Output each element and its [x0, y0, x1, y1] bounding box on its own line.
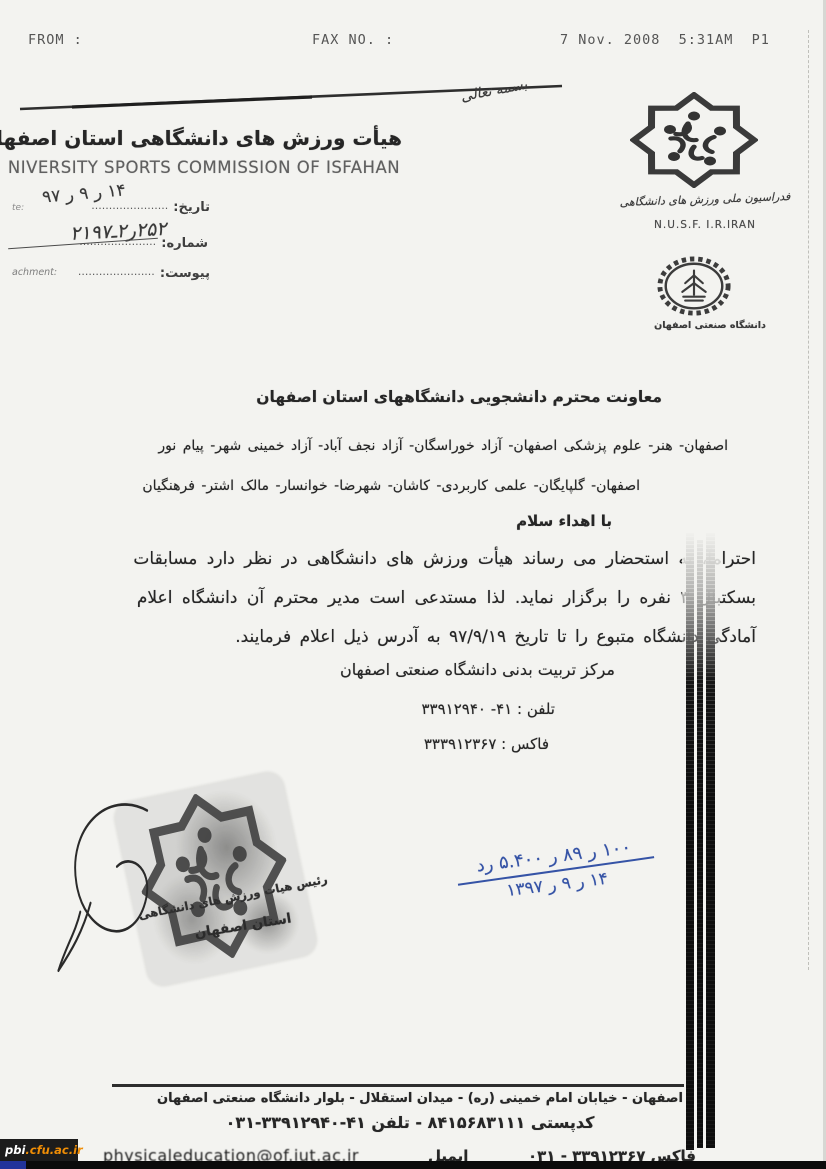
- bottom-scan-bar: [0, 1161, 826, 1169]
- attachment-label: پیوست:: [160, 266, 210, 281]
- watermark-suffix: .cfu.ac.ir: [25, 1143, 82, 1157]
- venue-line: مرکز تربیت بدنی دانشگاه صنعتی اصفهان: [340, 660, 615, 679]
- date-label-english-partial: te:: [12, 203, 24, 213]
- recipient-line: معاونت محترم دانشجویی دانشگاههای استان ا…: [256, 388, 662, 406]
- footer-email-label-partial: ایمیل: [428, 1147, 468, 1162]
- signature-icon: [52, 798, 187, 976]
- phone-line: تلفن : ۴۱- ۳۳۹۱۲۹۴۰: [421, 700, 555, 718]
- universities-list-line1: اصفهان- هنر- علوم پزشکی اصفهان- آزاد خور…: [158, 438, 728, 454]
- org-title-english: NIVERSITY SPORTS COMMISSION OF ISFAHAN: [2, 158, 406, 177]
- salutation-line: با اهداء سلام: [516, 512, 612, 530]
- scan-stripe-fade: [682, 531, 720, 681]
- fax-from-label: FROM :: [28, 32, 83, 48]
- university-name-persian: دانشگاه صنعتی اصفهان: [632, 320, 788, 331]
- footer-email: physicaleducation@of.iut.ac.ir: [103, 1146, 359, 1162]
- number-label: شماره:: [161, 236, 208, 251]
- bottom-scan-bar-blue-segment: [0, 1161, 26, 1169]
- org-title-persian: هیأت ورزش های دانشگاهی استان اصفهان: [30, 126, 402, 150]
- attachment-label-english-partial: achment:: [12, 267, 57, 278]
- paragraph-line-1: احتراماً، به استحضار می رساند هیأت ورزش …: [133, 549, 756, 569]
- watermark-badge: pbi .cfu.ac.ir: [0, 1139, 78, 1161]
- fax-number-label: FAX NO. :: [312, 32, 394, 48]
- scanned-fax-letter: FROM : FAX NO. : 7 Nov. 2008 5:31AM P1 ب…: [0, 0, 826, 1169]
- footer-fax-partial: فاکس ۳۳۹۱۲۳۶۷ - ۰۳۱: [528, 1147, 696, 1162]
- paragraph-line-3: آمادگی دانشگاه متبوع را تا تاریخ ۹۷/۹/۱۹…: [235, 627, 756, 647]
- watermark-prefix: pbi: [5, 1143, 25, 1157]
- attachment-dotted-line: ......................: [78, 265, 155, 278]
- footer-rule: [112, 1084, 684, 1087]
- handwritten-note: ۱۰۰ ر ۸۹ ر ۵.۴۰۰ رد ۱۴ ر ۹ ر ۱۳۹۷: [436, 832, 675, 909]
- university-gear-logo-icon: [655, 256, 733, 318]
- footer-postal-phone-line: کدپستی ۸۴۱۵۶۸۳۱۱۱ - تلفن ۴۱-۳۳۹۱۲۹۴۰-۰۳۱: [130, 1113, 690, 1132]
- federation-name-english: N.U.S.F. I.R.IRAN: [612, 219, 798, 231]
- federation-star-logo-icon: [630, 92, 758, 188]
- federation-name-persian: فدراسیون ملی ورزش های دانشگاهی: [612, 190, 798, 209]
- date-label: تاریخ:: [173, 200, 210, 215]
- universities-list-line2: اصفهان- گلپایگان- علمی کاربردی- کاشان- ش…: [142, 478, 640, 494]
- paragraph-line-2: بسکتبال ۳ نفره را برگزار نماید. لذا مستد…: [137, 588, 756, 608]
- footer-address-line: اصفهان - خیابان امام خمینی (ره) - میدان …: [150, 1091, 690, 1106]
- right-margin-dashed-line: [808, 30, 809, 970]
- fax-line: فاکس : ۳۳۳۹۱۲۳۶۷: [424, 735, 549, 753]
- fax-timestamp: 7 Nov. 2008 5:31AM P1: [560, 32, 770, 48]
